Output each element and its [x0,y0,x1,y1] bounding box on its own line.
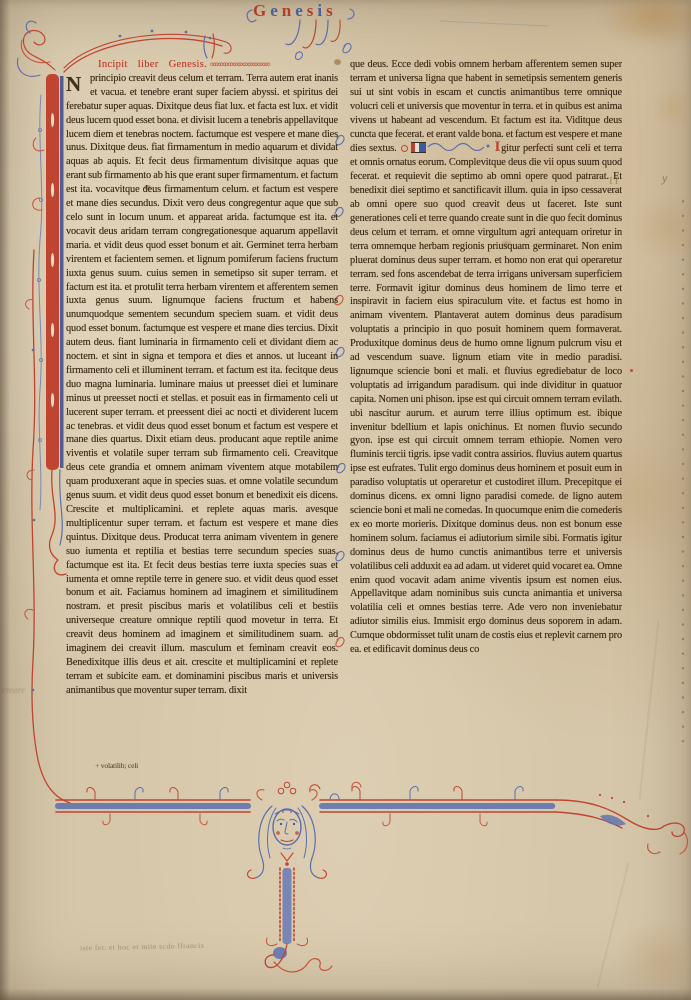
initial-N: N [66,72,90,96]
divider-dot-icon [401,145,408,152]
bottom-inscription: iste fer. et hoc et mite scdo ffrancis [80,939,310,953]
illuminated-initial-I [33,74,66,575]
parchment-crease [639,620,660,799]
genesis-ch2-text: que deus. Ecce dedi vobis omnem herbam a… [350,58,622,657]
parchment-stain [598,0,691,48]
genesis-ch2-body: gitur perfecti sunt celi et terra et omn… [350,143,622,655]
title-letter: s [326,1,337,20]
text-column-right: que deus. Ecce dedi vobis omnem herbam a… [350,58,622,798]
title-letter: e [270,1,282,20]
title-letter: i [317,1,326,20]
genesis-ch1-end: que deus. Ecce dedi vobis omnem herbam a… [350,59,622,154]
divider-squiggle-icon [426,141,492,151]
running-title: Genesis [253,1,337,21]
border-descender [265,868,332,972]
rubric-line-filler: ∞∞∞∞∞∞∞∞∞∞∞∞ [210,59,269,69]
genesis-ch1-text: N principio creavit deus celum et terram… [66,72,338,698]
divider-bar-icon [411,142,426,153]
manuscript-page: Genesis II y Incipit liber Genesis. ∞∞∞∞… [0,0,691,1000]
pricking-holes [681,194,685,754]
page-edge-bottom [0,988,691,1000]
parchment-stain [616,922,691,998]
parchment-stain [652,86,691,130]
text-column-left: Incipit liber Genesis. ∞∞∞∞∞∞∞∞∞∞∞∞ N pr… [66,58,338,798]
parchment-crease [596,862,629,989]
title-letter: G [253,1,270,20]
interlinear-correction: + volatilib; celi [95,761,138,770]
quire-mark: y [662,171,667,186]
rubric-incipit: Incipit liber Genesis. ∞∞∞∞∞∞∞∞∞∞∞∞ [66,58,338,72]
left-margin-penwork [25,250,70,803]
page-edge-left [0,0,10,1000]
red-fleck [630,369,633,372]
chapter-divider [397,141,492,156]
title-letter: s [307,1,318,20]
genesis-ch1-body: principio creavit deus celum et terram. … [66,73,338,696]
title-letter: n [282,1,295,20]
title-letter: e [295,1,307,20]
rubric-text: Incipit liber Genesis. [98,59,207,70]
